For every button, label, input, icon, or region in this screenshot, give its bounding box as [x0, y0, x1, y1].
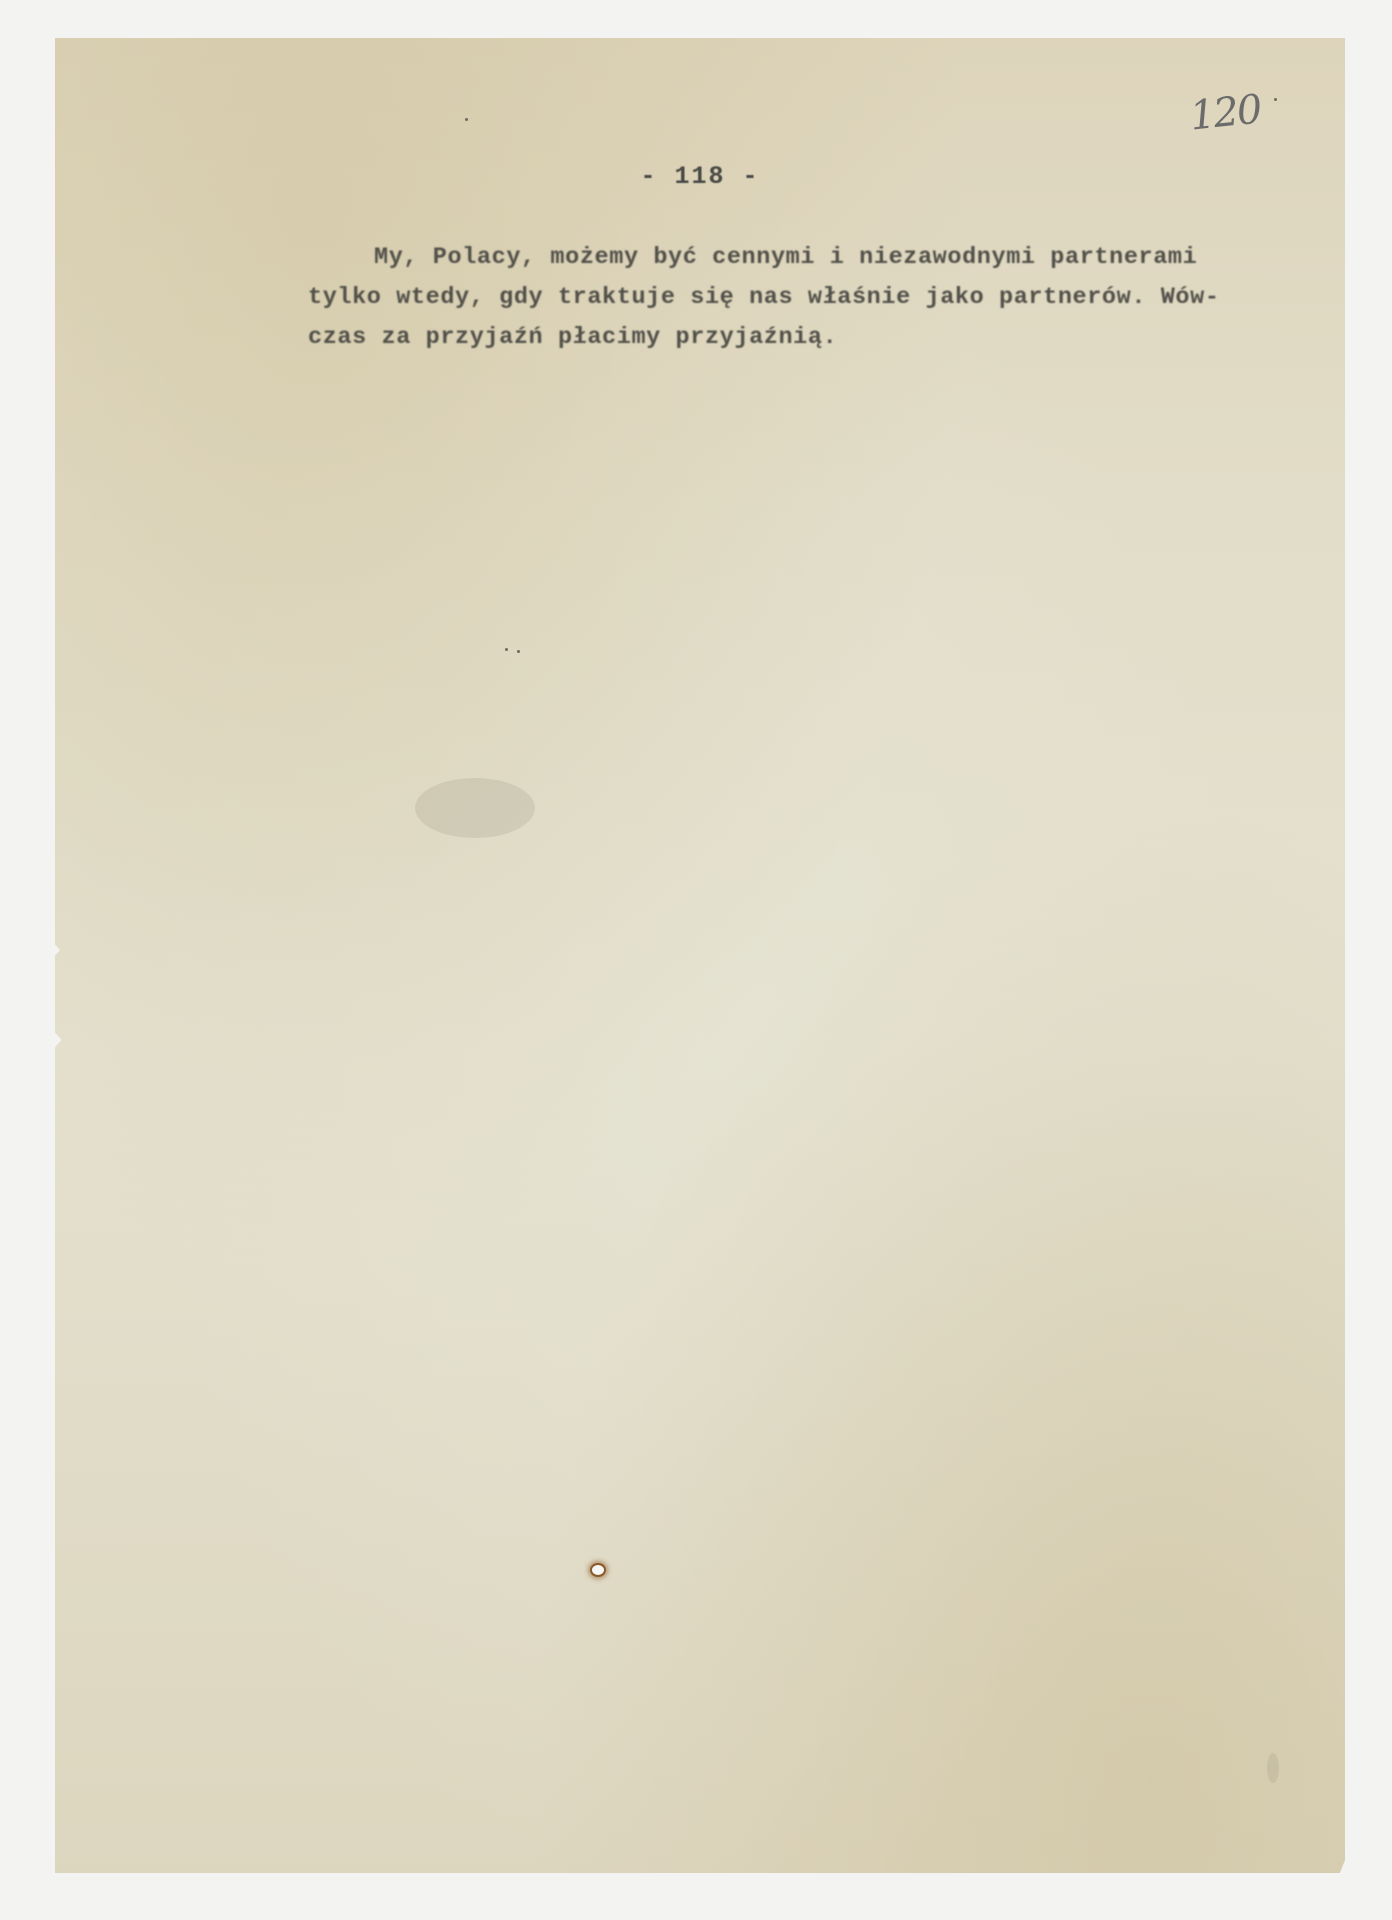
paper-speck [517, 650, 520, 653]
paper-stain [1267, 1753, 1279, 1783]
paper-speck [465, 118, 468, 121]
paragraph-line: czas za przyjaźń płacimy przyjaźnią. [308, 318, 1368, 358]
paper-speck [1274, 98, 1277, 101]
paragraph-line: tylko wtedy, gdy traktuje się nas właśni… [308, 278, 1368, 318]
document-page: 120 - 118 - My, Polacy, możemy być cenny… [55, 38, 1345, 1873]
paper-stain [415, 778, 535, 838]
paper-speck [505, 648, 508, 651]
burn-hole-mark [592, 1565, 604, 1575]
paragraph-line: My, Polacy, możemy być cennymi i niezawo… [308, 238, 1368, 278]
handwritten-archive-number: 120 [1188, 86, 1263, 139]
typed-paragraph: My, Polacy, możemy być cennymi i niezawo… [308, 238, 1368, 358]
typed-page-number: - 118 - [55, 162, 1345, 191]
